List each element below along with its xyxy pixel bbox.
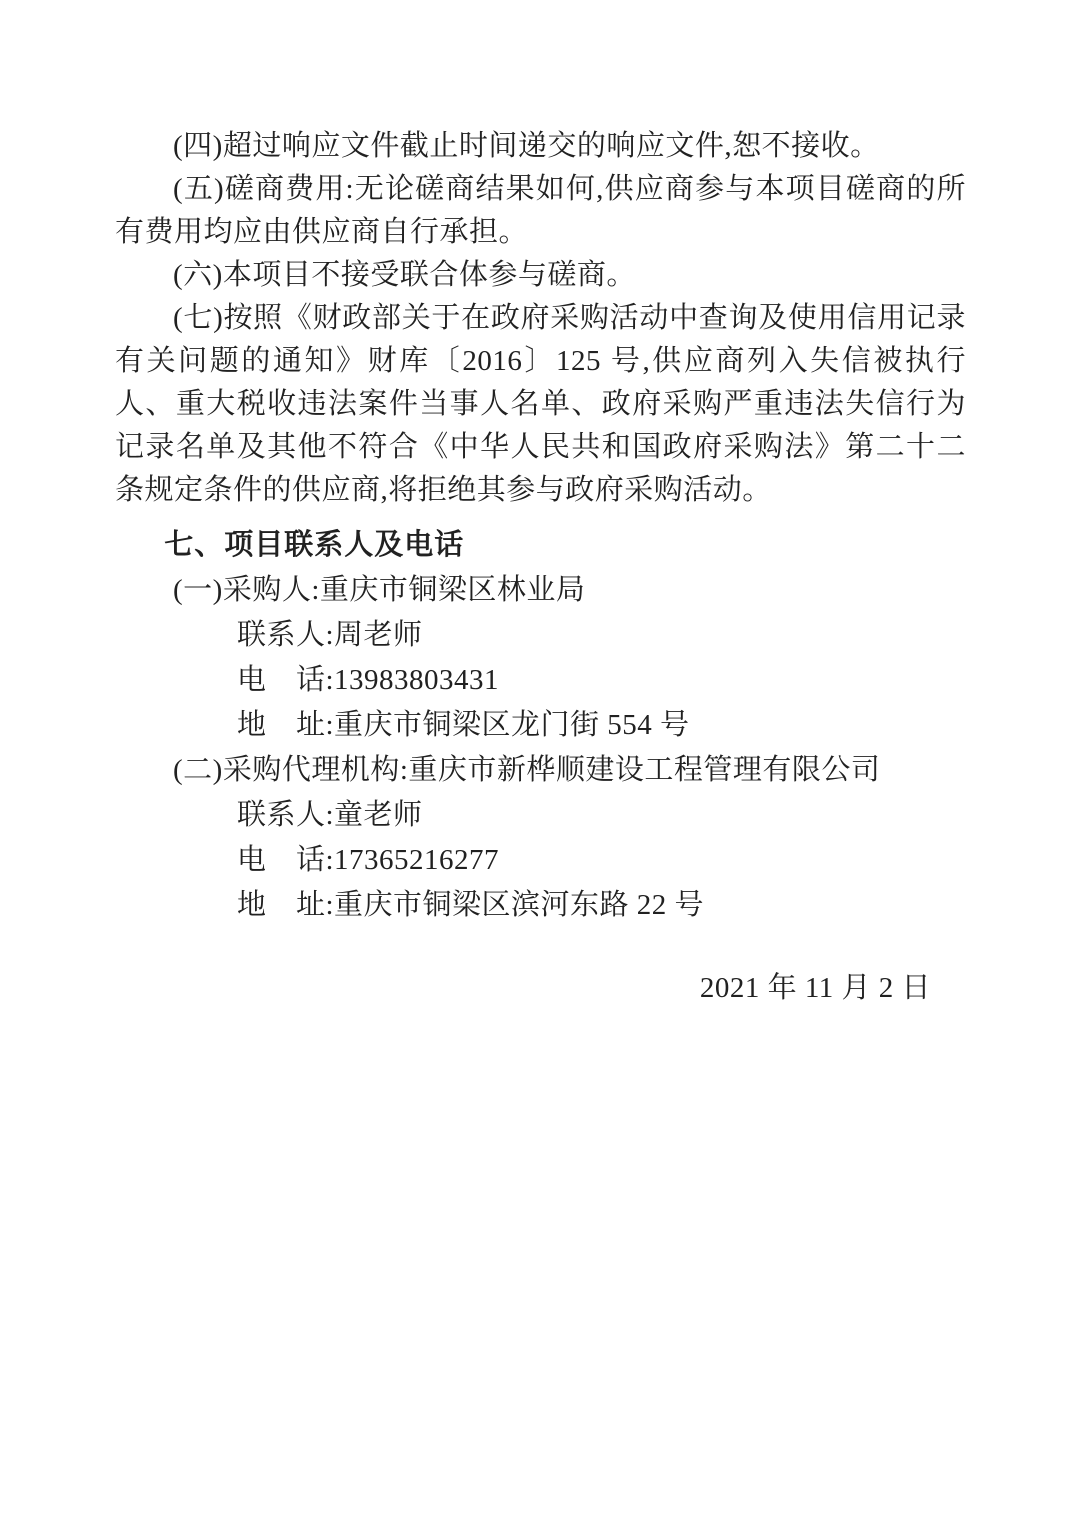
document-page: (四)超过响应文件截止时间递交的响应文件,恕不接收。 (五)磋商费用:无论磋商结… — [0, 0, 1074, 1520]
agency-address: 地 址:重庆市铜梁区滨河东路 22 号 — [115, 883, 966, 928]
purchaser-title-line: (一)采购人:重庆市铜梁区林业局 — [115, 568, 966, 613]
clause-5-paragraph: (五)磋商费用:无论磋商结果如何,供应商参与本项目磋商的所有费用均应由供应商自行… — [115, 168, 966, 254]
agency-contact-person: 联系人:童老师 — [115, 793, 966, 838]
clause-4-paragraph: (四)超过响应文件截止时间递交的响应文件,恕不接收。 — [115, 125, 966, 168]
clause-6-paragraph: (六)本项目不接受联合体参与磋商。 — [115, 254, 966, 297]
purchaser-address: 地 址:重庆市铜梁区龙门街 554 号 — [115, 703, 966, 748]
contact-block-purchaser: (一)采购人:重庆市铜梁区林业局 联系人:周老师 电 话:13983803431… — [115, 568, 966, 748]
clause-7-paragraph: (七)按照《财政部关于在政府采购活动中查询及使用信用记录有关问题的通知》财库〔2… — [115, 297, 966, 512]
document-date: 2021 年 11 月 2 日 — [115, 966, 931, 1011]
contact-block-agency: (二)采购代理机构:重庆市新桦顺建设工程管理有限公司 联系人:童老师 电 话:1… — [115, 748, 966, 928]
document-content: (四)超过响应文件截止时间递交的响应文件,恕不接收。 (五)磋商费用:无论磋商结… — [0, 0, 1074, 1011]
purchaser-contact-person: 联系人:周老师 — [115, 613, 966, 658]
purchaser-phone: 电 话:13983803431 — [115, 658, 966, 703]
agency-title-line: (二)采购代理机构:重庆市新桦顺建设工程管理有限公司 — [115, 748, 966, 793]
section-heading-contacts: 七、项目联系人及电话 — [115, 523, 966, 568]
agency-phone: 电 话:17365216277 — [115, 838, 966, 883]
